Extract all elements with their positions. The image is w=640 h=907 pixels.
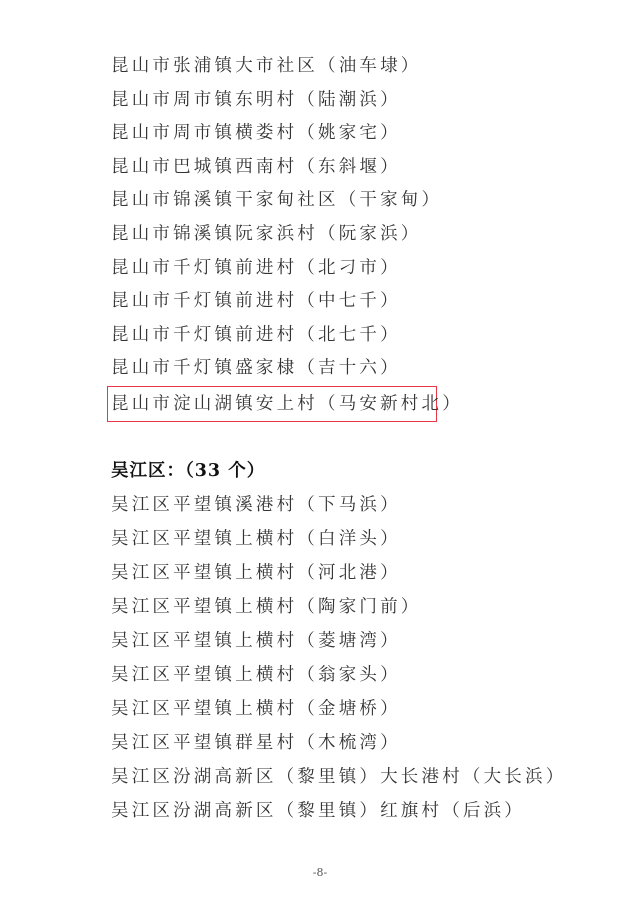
list-item: 吴江区汾湖高新区（黎里镇）红旗村（后浜） [111,799,525,823]
list-item: 昆山市周市镇东明村（陆潮浜） [111,88,401,112]
list-item: 昆山市锦溪镇阮家浜村（阮家浜） [111,222,422,246]
list-item: 吴江区平望镇上横村（翁家头） [111,663,401,687]
list-item: 昆山市周市镇横娄村（姚家宅） [111,121,401,145]
list-item: 昆山市巴城镇西南村（东斜堰） [111,155,401,179]
list-item: 吴江区平望镇上横村（河北港） [111,561,401,585]
list-item: 吴江区平望镇上横村（金塘桥） [111,697,401,721]
list-item: 吴江区平望镇上横村（白洋头） [111,527,401,551]
list-item: 昆山市千灯镇前进村（北刁市） [111,256,401,280]
highlighted-list-item: 昆山市淀山湖镇安上村（马安新村北） [111,392,463,416]
list-item: 吴江区平望镇群星村（木梳湾） [111,731,401,755]
list-item: 昆山市千灯镇前进村（中七千） [111,289,401,313]
list-item: 吴江区平望镇上横村（菱塘湾） [111,629,401,653]
page-number: -8- [0,866,640,879]
list-item: 吴江区平望镇上横村（陶家门前） [111,595,422,619]
list-item: 吴江区汾湖高新区（黎里镇）大长港村（大长浜） [111,765,566,789]
section-heading-wujiang: 吴江区：（33 个） [111,459,265,483]
list-item: 吴江区平望镇溪港村（下马浜） [111,493,401,517]
list-item: 昆山市千灯镇盛家棣（吉十六） [111,356,401,380]
list-item: 昆山市千灯镇前进村（北七千） [111,323,401,347]
list-item: 昆山市张浦镇大市社区（油车埭） [111,54,422,78]
list-item: 昆山市锦溪镇干家甸社区（干家甸） [111,188,442,212]
document-page: 昆山市张浦镇大市社区（油车埭） 昆山市周市镇东明村（陆潮浜） 昆山市周市镇横娄村… [0,0,640,907]
